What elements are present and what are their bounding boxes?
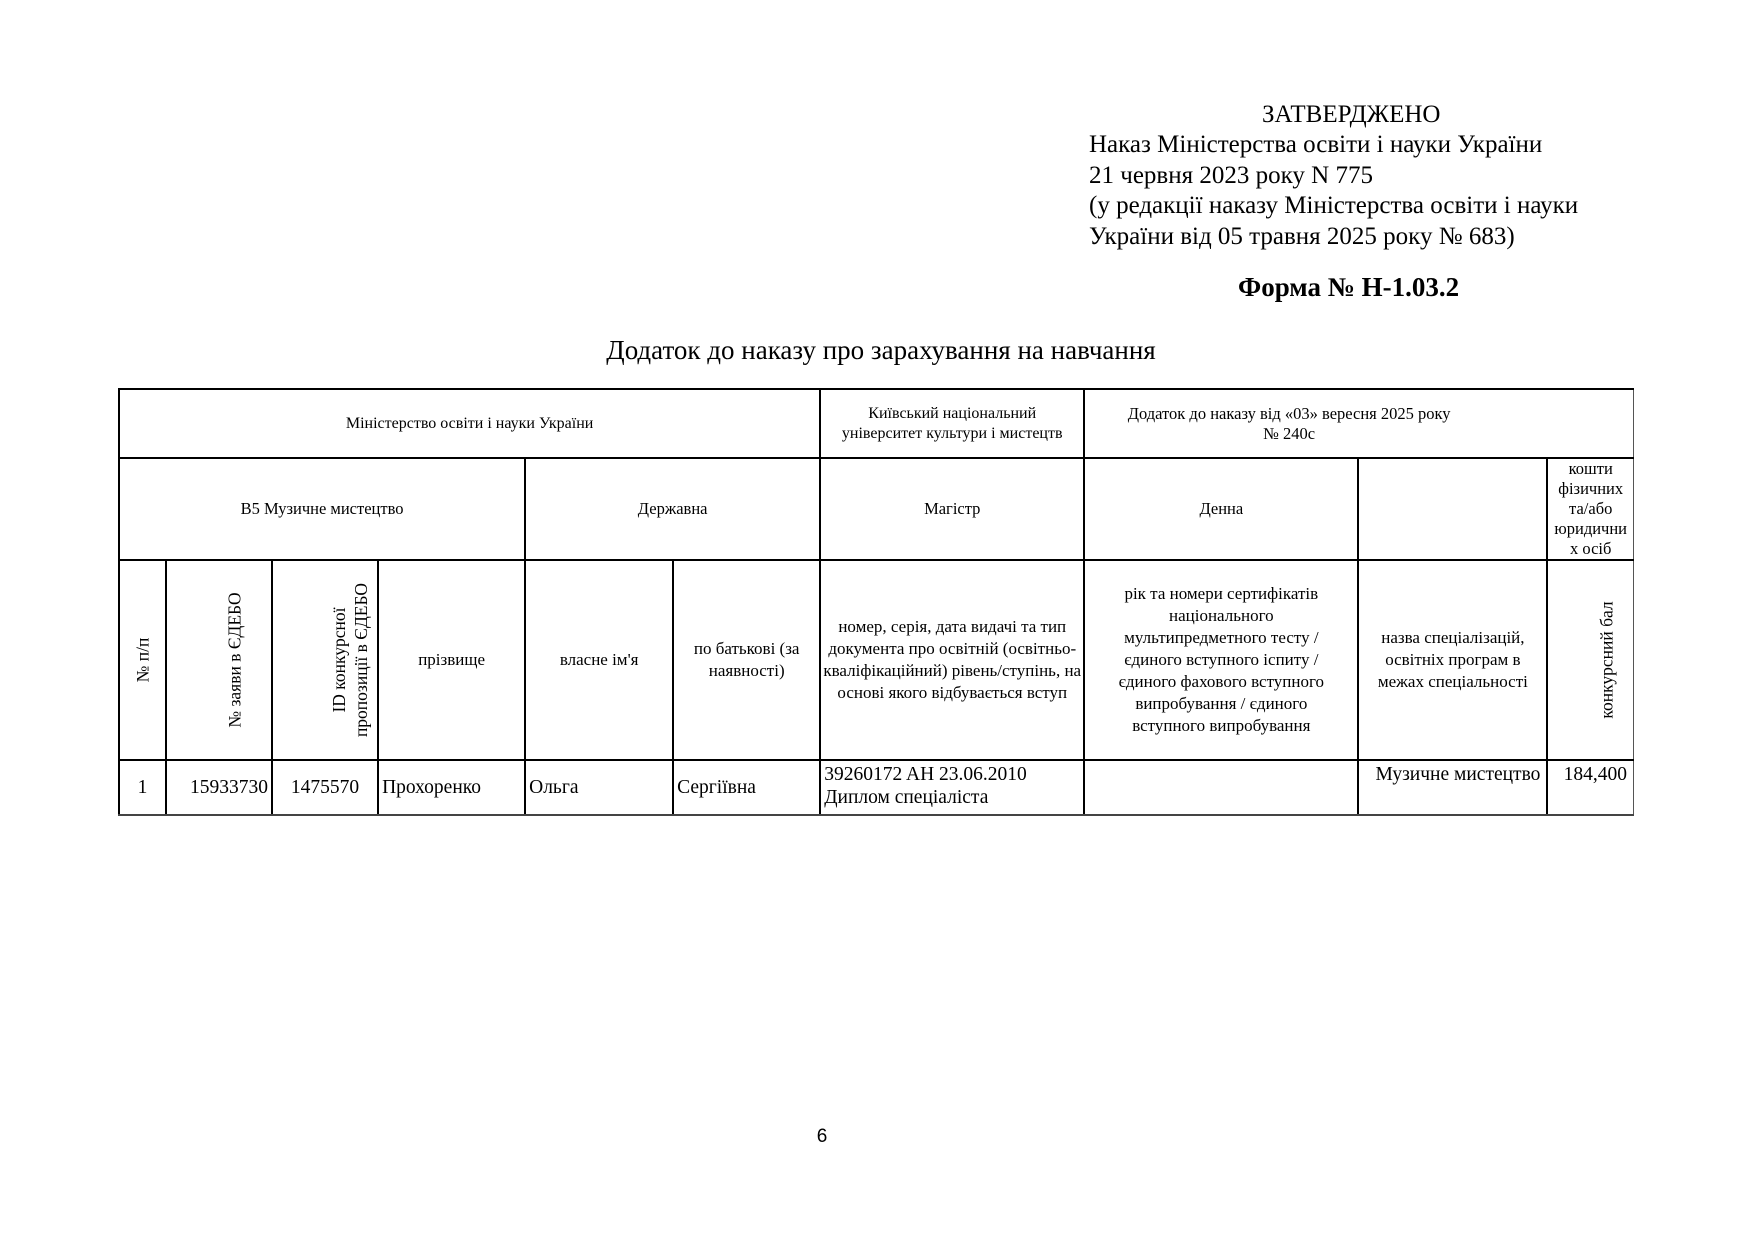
col-header-document: номер, серія, дата видачі та тип докумен… [820, 560, 1084, 760]
funding-source-line: кошти [1548, 459, 1633, 479]
funding-source-line: х осіб [1548, 539, 1633, 559]
cell-specialization: Музичне мистецтво [1358, 760, 1547, 815]
col-header-surname: прізвище [378, 560, 525, 760]
funding-type-cell: Державна [525, 458, 820, 560]
enrollment-table: Міністерство освіти і науки України Київ… [118, 388, 1634, 816]
col-header-specialization: назва спеціалізацій, освітніх програм в … [1358, 560, 1547, 760]
form-number: Форма № Н-1.03.2 [1238, 272, 1459, 303]
funding-source-line: фізичних [1548, 479, 1633, 499]
table-row: 1 15933730 1475570 Прохоренко Ольга Серг… [119, 760, 1634, 815]
document-title-text: Додаток до наказу про зарахування на нав… [606, 335, 1155, 365]
approval-line: 21 червня 2023 року N 775 [1089, 161, 1578, 192]
ministry-cell: Міністерство освіти і науки України [119, 389, 820, 458]
header-row-program: B5 Музичне мистецтво Державна Магістр Де… [119, 458, 1634, 560]
order-reference-cell: Додаток до наказу від «03» вересня 2025 … [1084, 389, 1633, 458]
funding-source-cell: кошти фізичних та/або юридични х осіб [1547, 458, 1633, 560]
funding-source-line: та/або [1548, 499, 1633, 519]
cell-offer-id: 1475570 [272, 760, 378, 815]
approval-line: Наказ Міністерства освіти і науки Україн… [1089, 130, 1578, 161]
university-cell: Київський національний університет культ… [820, 389, 1084, 458]
approval-title: ЗАТВЕРДЖЕНО [1262, 100, 1440, 131]
col-header-score-text: конкурсний бал [1596, 601, 1618, 718]
cell-surname: Прохоренко [378, 760, 525, 815]
approval-line: України від 05 травня 2025 року № 683) [1089, 222, 1578, 253]
order-reference-line1: Додаток до наказу від «03» вересня 2025 … [1095, 404, 1483, 424]
study-form-cell: Денна [1084, 458, 1358, 560]
page-number: 6 [0, 1126, 1644, 1148]
specialty-cell: B5 Музичне мистецтво [119, 458, 525, 560]
cell-document: 39260172 AH 23.06.2010 Диплом спеціаліст… [820, 760, 1084, 815]
cell-patronymic: Сергіївна [673, 760, 820, 815]
cell-score: 184,400 [1547, 760, 1633, 815]
col-header-certificates: рік та номери сертифікатів національного… [1084, 560, 1358, 760]
header-row-institution: Міністерство освіти і науки України Київ… [119, 389, 1634, 458]
funding-source-line: юридични [1548, 519, 1633, 539]
cell-certificates [1084, 760, 1358, 815]
col-header-name: власне ім'я [525, 560, 673, 760]
cell-name: Ольга [525, 760, 673, 815]
document-line2: Диплом спеціаліста [824, 786, 1080, 809]
col-header-application: № заяви в ЄДЕБО [166, 560, 272, 760]
offer-id-line1: ID конкурсної [328, 582, 350, 736]
col-header-offer-id: ID конкурсноїпропозиції в ЄДЕБО [272, 560, 378, 760]
column-header-row: № п/п № заяви в ЄДЕБО ID конкурсноїпропо… [119, 560, 1634, 760]
empty-header-cell [1358, 458, 1547, 560]
offer-id-line2: пропозиції в ЄДЕБО [350, 582, 372, 736]
university-name: Київський національний університет культ… [842, 405, 1063, 442]
col-header-application-text: № заяви в ЄДЕБО [224, 592, 246, 727]
degree-cell: Магістр [820, 458, 1084, 560]
approval-line: (у редакції наказу Міністерства освіти і… [1089, 191, 1578, 222]
document-title: Додаток до наказу про зарахування на нав… [0, 335, 1754, 366]
col-header-offer-id-text: ID конкурсноїпропозиції в ЄДЕБО [328, 582, 372, 736]
cell-application-no: 15933730 [166, 760, 272, 815]
order-reference-line2: № 240с [1095, 424, 1483, 444]
col-header-score: конкурсний бал [1547, 560, 1633, 760]
col-header-number-text: № п/п [131, 637, 153, 682]
col-header-number: № п/п [119, 560, 166, 760]
cell-number: 1 [119, 760, 166, 815]
col-header-patronymic: по батькові (за наявності) [673, 560, 820, 760]
document-line1: 39260172 AH 23.06.2010 [824, 763, 1080, 786]
